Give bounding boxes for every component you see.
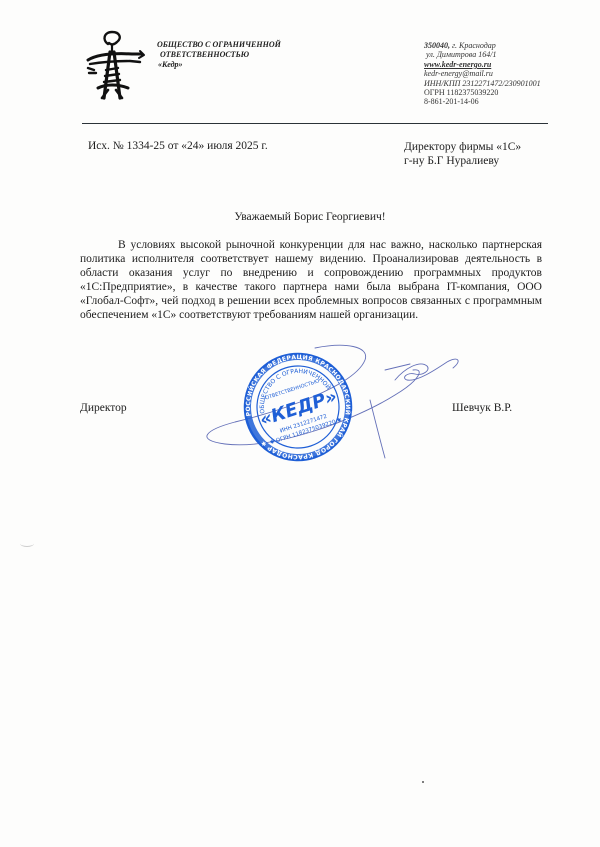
letter-body: В условиях высокой рыночной конкуренции … <box>80 238 542 323</box>
scan-mark <box>20 540 34 547</box>
street-address: ул. Димитрова 164/1 <box>424 50 541 59</box>
salutation: Уважаемый Борис Георгиевич! <box>0 211 600 223</box>
addressee: Директору фирмы «1С» г-ну Б.Г Нуралиеву <box>404 140 521 168</box>
contact-block: 350040, г. Краснодар ул. Димитрова 164/1… <box>424 41 541 107</box>
header-divider <box>82 123 548 124</box>
signatory-title: Директор <box>80 402 127 414</box>
signatory-name: Шевчук В.Р. <box>452 402 512 414</box>
inn-kpp: ИНН/КПП 2312271472/230901001 <box>424 79 541 88</box>
addressee-line1: Директору фирмы «1С» <box>404 140 521 154</box>
organization-name: ОБЩЕСТВО С ОГРАНИЧЕННОЙ ОТВЕТСТВЕННОСТЬЮ… <box>157 40 281 70</box>
email-link[interactable]: kedr-energy@mail.ru <box>424 69 541 78</box>
city: г. Краснодар <box>452 41 496 50</box>
org-name-line3: «Кедр» <box>157 60 281 70</box>
outgoing-reference: Исх. № 1334-25 от «24» июля 2025 г. <box>88 140 268 152</box>
org-name-line1: ОБЩЕСТВО С ОГРАНИЧЕННОЙ <box>157 40 281 50</box>
org-name-line2: ОТВЕТСТВЕННОСТЬЮ <box>157 50 281 60</box>
website-link[interactable]: www.kedr-energo.ru <box>424 60 541 69</box>
addressee-line2: г-ну Б.Г Нуралиеву <box>404 154 521 168</box>
kedr-logo-icon <box>84 30 150 102</box>
postcode: 350040, <box>424 41 450 50</box>
ogrn: ОГРН 1182375039220 <box>424 88 541 97</box>
phone: 8-861-201-14-06 <box>424 97 541 106</box>
company-stamp-icon: РОССИЙСКАЯ ФЕДЕРАЦИЯ КРАСНОДАРСКИЙ КРАЙ … <box>238 352 358 462</box>
scan-speck <box>422 781 424 783</box>
